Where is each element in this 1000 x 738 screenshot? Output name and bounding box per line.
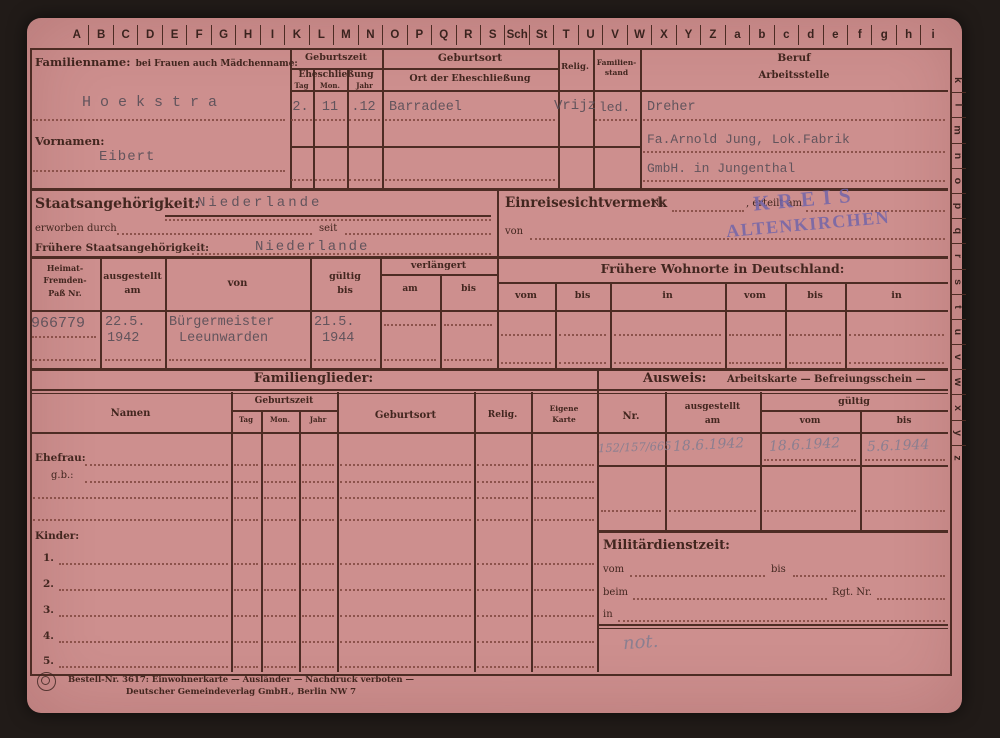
ausweis-hdr-ausgestellt-2: am: [665, 414, 760, 428]
alpha-tab: U: [578, 25, 602, 45]
familie-hdr-geburtszeit: Geburtszeit: [231, 396, 337, 406]
alpha-tab: d: [798, 25, 822, 45]
familienname-row: Familienname: bei Frauen auch Mädchennam…: [35, 51, 298, 70]
vornamen-value: Eibert: [99, 149, 155, 165]
dotline: [729, 362, 781, 364]
dotline: [234, 519, 258, 521]
alpha-tab: Y: [676, 25, 700, 45]
vline: [531, 392, 533, 672]
hline: [597, 624, 948, 626]
militaer-title: Militärdienstzeit:: [603, 538, 730, 553]
familie-hdr-geburtsort: Geburtsort: [337, 410, 474, 421]
pass-hdr-ausgestellt: ausgestellt: [100, 270, 165, 284]
ausweis-nr-value: 152/157/665: [598, 439, 672, 456]
dotline: [302, 481, 334, 483]
hline: [30, 310, 948, 312]
dotline: [340, 519, 471, 521]
ehefrau-label: Ehefrau:: [35, 452, 86, 464]
dotline: [630, 575, 765, 577]
pass-verlaengert-header: verlängert: [380, 260, 497, 271]
dotline: [633, 598, 827, 600]
dotline: [105, 359, 161, 361]
alpha-tab: Q: [431, 25, 455, 45]
vornamen-label: Vornamen:: [35, 134, 105, 148]
alpha-tab: B: [88, 25, 112, 45]
alpha-tab-letter: r: [952, 254, 964, 258]
dotline: [340, 464, 471, 466]
pass-nr-header: Heimat- Fremden- Paß Nr.: [30, 262, 100, 299]
familie-hdr-relig: Relig.: [474, 410, 531, 420]
familienstand-value: led.: [599, 100, 630, 115]
alpha-tab: v: [950, 344, 966, 369]
pass-gueltig-line2: 1944: [322, 331, 354, 346]
dotline: [302, 464, 334, 466]
alpha-tab: p: [950, 193, 966, 218]
ausweis-title-rest: Arbeitskarte — Befreiungsschein —: [727, 374, 926, 385]
vline: [760, 392, 762, 530]
hline: [597, 465, 948, 467]
tag-label: Tag: [290, 81, 313, 90]
geburt-tag-value: 2.: [288, 100, 313, 115]
dotline: [385, 179, 555, 181]
dotline: [291, 119, 312, 121]
wohnorte-hdr-in2: in: [845, 290, 948, 301]
hline: [231, 410, 337, 412]
alpha-tab: M: [333, 25, 357, 45]
kinder-label: Kinder:: [35, 530, 79, 542]
dotline: [729, 334, 781, 336]
alpha-tab: c: [774, 25, 798, 45]
alpha-tab: O: [382, 25, 406, 45]
alpha-tab-letter: v: [952, 354, 964, 360]
dotline: [264, 563, 296, 565]
alpha-tab: P: [407, 25, 431, 45]
beruf-value: Dreher: [647, 100, 696, 115]
alpha-tab: T: [553, 25, 577, 45]
alpha-tab: g: [871, 25, 895, 45]
familie-hdr-jahr: Jahr: [299, 415, 337, 424]
familie-hdr-eigene-karte: Eigene Karte: [531, 403, 597, 426]
pass-von-line2: Leeunwarden: [179, 331, 268, 346]
dotline: [340, 563, 471, 565]
einreise-nr-label: Nr.: [651, 198, 667, 209]
dotline: [534, 563, 594, 565]
alpha-tab: F: [186, 25, 210, 45]
dotline: [234, 464, 258, 466]
familie-hdr-mon: Mon.: [261, 415, 299, 424]
alpha-tab: y: [950, 420, 966, 445]
militaer-beim-label: beim: [603, 587, 628, 598]
dotline: [534, 666, 594, 668]
relig-value: Vrijz: [554, 98, 596, 114]
dotline: [595, 119, 637, 121]
pass-verl-am-header: am: [380, 284, 440, 294]
dotline: [477, 481, 528, 483]
dotline: [117, 233, 312, 235]
dotline: [59, 666, 228, 668]
alpha-tab: K: [284, 25, 308, 45]
dotline: [559, 362, 606, 364]
wohnorte-hdr-vom2: vom: [725, 290, 785, 301]
alpha-tab: N: [358, 25, 382, 45]
ausweis-hdr-vom: vom: [760, 416, 860, 426]
vline: [640, 48, 642, 188]
footer-line1: Bestell-Nr. 3617: Einwohnerkarte — Auslä…: [61, 675, 421, 687]
alpha-tab: L: [309, 25, 333, 45]
dotline: [601, 510, 661, 512]
dotline: [234, 615, 258, 617]
publisher-emblem-icon: [37, 672, 56, 691]
geburtsort-value: Barradeel: [389, 100, 462, 115]
dotline: [33, 119, 285, 121]
pass-ausgestellt-header: ausgestellt am: [100, 270, 165, 299]
kind-number-4: 4.: [43, 630, 54, 642]
eigene-label-1: Eigene: [531, 403, 597, 414]
wohnorte-hdr-in1: in: [610, 290, 725, 301]
dotline: [384, 359, 436, 361]
dotline: [340, 666, 471, 668]
alpha-tab: u: [950, 319, 966, 344]
militaer-vom-label: vom: [603, 564, 624, 575]
pass-von-header: von: [165, 278, 310, 289]
wohnorte-hdr-bis1: bis: [555, 290, 610, 301]
alpha-tab: Sch: [504, 25, 528, 45]
vline: [497, 188, 499, 368]
dotline: [264, 666, 296, 668]
vline: [474, 392, 476, 672]
dotline: [534, 641, 594, 643]
militaer-rgt-label: Rgt. Nr.: [832, 587, 872, 598]
dotline: [302, 589, 334, 591]
dotline: [234, 481, 258, 483]
alpha-tab: i: [920, 25, 944, 45]
fruehere-staats-label: Frühere Staatsangehörigkeit:: [35, 242, 209, 254]
dotline: [234, 589, 258, 591]
ausweis-hdr-ausgestellt-1: ausgestellt: [665, 400, 760, 414]
alpha-tab-letter: w: [952, 378, 964, 386]
dotline: [340, 641, 471, 643]
ausweis-hdr-ausgestellt: ausgestellt am: [665, 400, 760, 429]
dotline: [477, 589, 528, 591]
dotline: [302, 519, 334, 521]
staatsangehoerigkeit-label: Staatsangehörigkeit:: [35, 196, 200, 212]
dotline: [643, 119, 945, 121]
hline: [290, 146, 640, 148]
alpha-tab: X: [651, 25, 675, 45]
hline: [165, 215, 491, 217]
dotline: [614, 362, 721, 364]
dotline: [264, 481, 296, 483]
dotline: [477, 563, 528, 565]
alpha-tab-letter: t: [952, 305, 964, 309]
alpha-tab: f: [847, 25, 871, 45]
dotline: [349, 179, 380, 181]
dotline: [444, 324, 492, 326]
dotline: [865, 459, 945, 461]
alpha-tab: H: [235, 25, 259, 45]
vline: [299, 410, 301, 672]
erworben-label: erworben durch: [35, 223, 117, 234]
dotline: [385, 119, 555, 121]
hline: [597, 628, 948, 630]
arbeitsstelle-line1: Fa.Arnold Jung, Lok.Fabrik: [647, 132, 850, 147]
dotline: [477, 519, 528, 521]
dotline: [534, 519, 594, 521]
dotline: [618, 620, 945, 622]
alpha-tab: l: [950, 92, 966, 117]
alpha-tab-letter: k: [952, 77, 964, 83]
beruf-label: Beruf: [640, 52, 948, 64]
militaer-bis-label: bis: [771, 564, 786, 575]
dotline: [234, 666, 258, 668]
footer-line2: Deutscher Gemeindeverlag GmbH., Berlin N…: [61, 687, 421, 699]
dotline: [534, 589, 594, 591]
vline: [860, 410, 862, 530]
hline: [30, 393, 948, 395]
pass-hdr-bis: bis: [310, 284, 380, 298]
eigene-label-2: Karte: [531, 414, 597, 425]
alpha-tab: h: [896, 25, 920, 45]
einreise-label: Einreisesichtvermerk: [505, 195, 667, 211]
alpha-tab: S: [480, 25, 504, 45]
dotline: [764, 459, 856, 461]
alpha-tab: w: [950, 369, 966, 394]
dotline: [534, 481, 594, 483]
alpha-tab: o: [950, 168, 966, 193]
alpha-tab: a: [725, 25, 749, 45]
alpha-tab-letter: u: [952, 329, 964, 335]
dotline: [291, 179, 312, 181]
dotline: [85, 481, 228, 483]
dotline: [559, 334, 606, 336]
familie-hdr-tag: Tag: [231, 415, 261, 424]
vline: [337, 392, 339, 672]
alpha-tab-letter: q: [952, 228, 964, 234]
alpha-tab-letter: n: [952, 152, 964, 158]
pass-hdr-gueltig: gültig: [310, 270, 380, 284]
mon-label: Mon.: [313, 81, 347, 90]
dotline: [33, 497, 228, 499]
alpha-tab: C: [113, 25, 137, 45]
dotline: [234, 563, 258, 565]
ausweis-hdr-bis: bis: [860, 416, 948, 426]
eheschliessung-label: Eheschließung: [290, 70, 382, 80]
dotline: [764, 510, 856, 512]
alpha-tab-letter: l: [952, 104, 964, 107]
dotline: [349, 119, 380, 121]
dotline: [33, 519, 228, 521]
hline: [30, 256, 948, 259]
pass-hdr-am: am: [100, 284, 165, 298]
dotline: [264, 497, 296, 499]
alpha-tab-letter: p: [952, 203, 964, 209]
dotline: [264, 464, 296, 466]
dotline: [340, 497, 471, 499]
militaer-handwritten-note: not.: [622, 631, 659, 654]
footer-imprint: Bestell-Nr. 3617: Einwohnerkarte — Auslä…: [61, 675, 421, 699]
einreise-von-label: von: [505, 226, 523, 237]
dotline: [32, 336, 96, 338]
alpha-tab: r: [950, 243, 966, 268]
alpha-tab-letter: m: [952, 126, 964, 135]
wohnorte-hdr-vom1: vom: [497, 290, 555, 301]
kind-number-3: 3.: [43, 604, 54, 616]
pass-hdr-passnr: Paß Nr.: [30, 287, 100, 299]
familienstand-label: Familien- stand: [593, 58, 640, 78]
dotline: [384, 324, 436, 326]
dotline: [614, 334, 721, 336]
alpha-tab: A: [65, 25, 88, 45]
alpha-tab: e: [823, 25, 847, 45]
familienname-note: bei Frauen auch Mädchenname:: [136, 59, 298, 69]
dotline: [865, 510, 945, 512]
familienname-value: H o e k s t r a: [82, 94, 217, 111]
kind-number-5: 5.: [43, 655, 54, 667]
dotline: [849, 362, 944, 364]
ausweis-bis-value: 5.6.1944: [867, 437, 930, 455]
dotline: [59, 641, 228, 643]
dotline: [302, 563, 334, 565]
geburt-jahr-value: .12: [345, 100, 382, 115]
alpha-tab: z: [950, 445, 966, 470]
alpha-tab-letter: s: [952, 279, 964, 285]
alpha-tabs-top: ABCDEFGHIKLMNOPQRSSchStTUVWXYZabcdefghi: [65, 25, 945, 45]
dotline: [477, 641, 528, 643]
jahr-label: Jahr: [347, 81, 382, 90]
familienstand-label-2: stand: [593, 68, 640, 78]
dotline: [793, 575, 945, 577]
dotline: [340, 615, 471, 617]
alpha-tab: q: [950, 218, 966, 243]
kind-number-2: 2.: [43, 578, 54, 590]
scan-background: ABCDEFGHIKLMNOPQRSSchStTUVWXYZabcdefghi …: [0, 0, 1000, 738]
hline: [290, 90, 948, 92]
alpha-tab: k: [950, 68, 966, 92]
dotline: [169, 359, 306, 361]
familie-hdr-namen: Namen: [30, 408, 231, 419]
vline: [231, 392, 233, 672]
alpha-tab-letter: x: [952, 405, 964, 411]
dotline: [234, 641, 258, 643]
alpha-tab: I: [260, 25, 284, 45]
dotline: [302, 497, 334, 499]
dotline: [345, 233, 491, 235]
dotline: [501, 362, 551, 364]
dotline: [501, 334, 551, 336]
militaer-in-label: in: [603, 609, 613, 620]
gb-label: g.b.:: [51, 470, 74, 481]
dotline: [302, 615, 334, 617]
dotline: [534, 497, 594, 499]
dotline: [32, 359, 96, 361]
pass-nr-value: 966779: [31, 315, 85, 332]
dotline: [534, 464, 594, 466]
dotline: [33, 170, 285, 172]
dotline: [165, 219, 491, 221]
dotline: [314, 359, 376, 361]
hline: [380, 274, 497, 276]
pass-von-line1: Bürgermeister: [169, 315, 274, 330]
dotline: [85, 464, 228, 466]
alpha-tab: t: [950, 294, 966, 319]
arbeitsstelle-line2: GmbH. in Jungenthal: [647, 161, 795, 176]
pass-gueltig-line1: 21.5.: [314, 315, 355, 330]
dotline: [849, 334, 944, 336]
dotline: [302, 666, 334, 668]
dotline: [477, 615, 528, 617]
ausweis-title-label: Ausweis:: [643, 371, 706, 386]
dotline: [315, 119, 345, 121]
familienstand-label-1: Familien-: [593, 58, 640, 68]
dotline: [302, 641, 334, 643]
alpha-tab: R: [456, 25, 480, 45]
dotline: [877, 598, 945, 600]
hline: [760, 410, 948, 412]
alpha-tab: V: [602, 25, 626, 45]
alpha-tab: D: [137, 25, 161, 45]
pass-hdr-heimat: Heimat-: [30, 262, 100, 274]
vline: [382, 48, 384, 188]
dotline: [315, 179, 345, 181]
alpha-tab: s: [950, 269, 966, 294]
staatsangehoerigkeit-value: Niederlande: [197, 195, 322, 211]
vline: [165, 256, 167, 368]
relig-label: Relig.: [554, 62, 596, 72]
vline: [380, 256, 382, 368]
kind-number-1: 1.: [43, 552, 54, 564]
ausweis-hdr-gueltig: gültig: [760, 396, 948, 407]
arbeitsstelle-label: Arbeitsstelle: [640, 70, 948, 81]
pass-ausgestellt-line1: 22.5.: [105, 315, 146, 330]
alpha-tab: m: [950, 117, 966, 142]
pass-verl-bis-header: bis: [440, 284, 497, 294]
dotline: [264, 589, 296, 591]
alpha-tab-letter: z: [952, 455, 964, 460]
ort-eheschliessung-label: Ort der Eheschließung: [382, 73, 558, 84]
alpha-tab: St: [529, 25, 553, 45]
pass-ausgestellt-line2: 1942: [107, 331, 139, 346]
wohnorte-hdr-bis2: bis: [785, 290, 845, 301]
dotline: [59, 615, 228, 617]
alpha-tab: x: [950, 394, 966, 419]
dotline: [789, 334, 841, 336]
wohnorte-title: Frühere Wohnorte in Deutschland:: [497, 261, 948, 276]
hline: [497, 282, 948, 284]
dotline: [444, 359, 492, 361]
dotline: [643, 151, 945, 153]
alpha-tab: b: [749, 25, 773, 45]
dotline: [264, 519, 296, 521]
alpha-tab: E: [162, 25, 186, 45]
fruehere-staats-value: Niederlande: [255, 239, 369, 255]
alpha-tab-letter: o: [952, 178, 964, 184]
dotline: [477, 464, 528, 466]
dotline: [59, 589, 228, 591]
familienname-label: Familienname:: [35, 55, 130, 69]
dotline: [477, 666, 528, 668]
dotline: [534, 615, 594, 617]
dotline: [264, 615, 296, 617]
dotline: [234, 497, 258, 499]
hline: [30, 389, 948, 391]
dotline: [789, 362, 841, 364]
alpha-tabs-right: klmnopqrstuvwxyz: [950, 68, 966, 470]
alpha-tab: n: [950, 143, 966, 168]
dotline: [59, 563, 228, 565]
alpha-tab: G: [211, 25, 235, 45]
seit-label: seit: [319, 223, 337, 234]
hline: [30, 432, 948, 434]
